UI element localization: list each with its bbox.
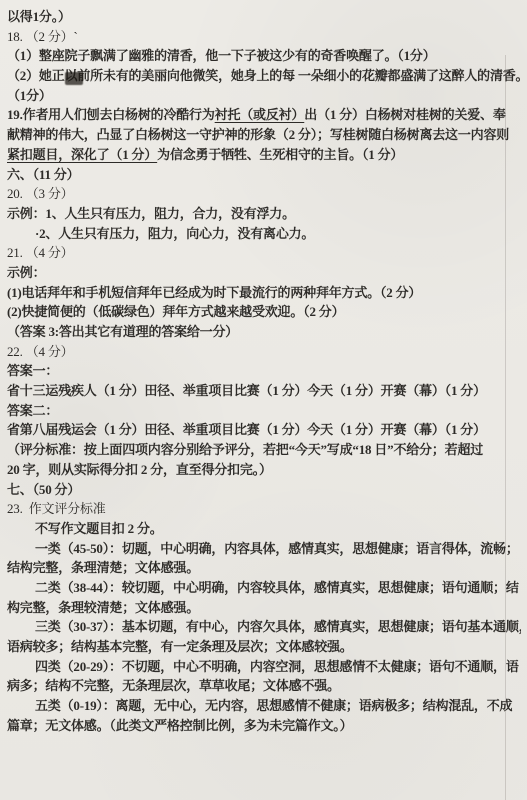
line-text: 献精神的伟大，凸显了白杨树这一守护神的形象（2 分）；写桂树随白杨树离去这一内容…	[7, 127, 509, 142]
line-text: 示例：1、人生只有压力，阻力，合力，没有浮力。	[7, 206, 295, 221]
underlined-phrase: 衬托（或反衬）	[215, 107, 305, 122]
line-q21-note: （答案 3:答出其它有道理的答案给一分）	[7, 322, 521, 342]
line-text: 六、（11 分）	[7, 167, 79, 182]
line-text: 五类（0-19）：离题，无中心，无内容，思想感情不健康；语病极多；结构混乱，不成	[35, 698, 512, 713]
line-text: 病多；结构不完整，无条理层次，草草收尾；文体感不强。	[7, 678, 340, 693]
line-text: 七、（50 分）	[7, 482, 80, 497]
line-text: 以得1分。）	[7, 9, 71, 24]
line-q20-example-2: ·2、人生只有压力，阻力，向心力，没有离心力。	[7, 224, 521, 244]
scanned-answer-sheet: 以得1分。） 18. （2 分）` （1）整座院子飘满了幽雅的清香，他一下子被这…	[0, 0, 527, 800]
line-text: 23. 作文评分标准	[7, 501, 106, 516]
line-essay-class3-a: 三类（30-37）：基本切题，有中心，内容欠具体，感情真实，思想健康；语句基本通…	[7, 617, 521, 637]
line-q18-answer-2: （2）她正以前所未有的美丽向他微笑，她身上的每 一朵细小的花瓣都盛满了这醉人的清…	[7, 66, 521, 86]
scan-edge-line	[505, 55, 506, 800]
line-essay-class4-b: 病多；结构不完整，无条理层次，草草收尾；文体感不强。	[7, 676, 521, 696]
line-q20-example-1: 示例：1、人生只有压力，阻力，合力，没有浮力。	[7, 204, 521, 224]
line-q23-note: 不写作文题目扣 2 分。	[7, 519, 521, 539]
line-essay-class5-b: 篇章；无文体感。（此类文严格控制比例，多为未完篇作文。）	[7, 716, 521, 736]
underlined-phrase: 紧扣题目，深化了（1 分）	[7, 147, 157, 162]
line-text: 19.作者用人们刨去白杨树的冷酷行为	[7, 107, 215, 122]
line-text: 一类（45-50）：切题，中心明确，内容具体，感情真实，思想健康；语言得体，流畅…	[35, 541, 519, 556]
line-essay-class1-b: 结构完整，条理清楚；文体感强。	[7, 558, 521, 578]
line-text: （2）她正以前所未有的美丽向他微笑，她身上的每 一朵细小的花瓣都盛满了这醉人的清…	[7, 68, 521, 83]
line-q18-header: 18. （2 分）`	[7, 27, 521, 47]
line-q22-answer1: 省十三运残疾人（1 分）田径、举重项目比赛（1 分）今天（1 分）开赛（幕）（1…	[7, 381, 521, 401]
line-text: 省十三运残疾人（1 分）田径、举重项目比赛（1 分）今天（1 分）开赛（幕）（1…	[7, 383, 486, 398]
line-q19-answer-2: 献精神的伟大，凸显了白杨树这一守护神的形象（2 分）；写桂树随白杨树离去这一内容…	[7, 125, 521, 145]
line-text: 结构完整，条理清楚；文体感强。	[7, 560, 199, 575]
line-text: (1)电话拜年和手机短信拜年已经成为时下最流行的两种拜年方式。（2 分）	[7, 285, 421, 300]
line-q22-criteria-2: 20 字，则从实际得分扣 2 分，直至得分扣完。）	[7, 460, 521, 480]
line-essay-class2-a: 二类（38-44）：较切题，中心明确，内容较具体，感情真实，思想健康；语句通顺；…	[7, 578, 521, 598]
line-text: (2)快捷简便的（低碳绿色）拜年方式越来越受欢迎。（2 分）	[7, 304, 344, 319]
line-text: 18. （2 分）`	[7, 29, 78, 44]
line-text: 22. （4 分）	[7, 344, 73, 359]
line-q22-answer1-label: 答案一：	[7, 361, 521, 381]
line-q20-header: 20. （3 分）	[7, 184, 521, 204]
line-text: 二类（38-44）：较切题，中心明确，内容较具体，感情真实，思想健康；语句通顺；…	[35, 580, 519, 595]
line-essay-class5-a: 五类（0-19）：离题，无中心，无内容，思想感情不健康；语病极多；结构混乱，不成	[7, 696, 521, 716]
section-6-header: 六、（11 分）	[7, 165, 521, 185]
line-essay-class2-b: 构完整，条理较清楚；文体感强。	[7, 598, 521, 618]
line-text: 篇章；无文体感。（此类文严格控制比例，多为未完篇作文。）	[7, 718, 352, 733]
line-text: 构完整，条理较清楚；文体感强。	[7, 600, 199, 615]
line-text: 答案二：	[7, 403, 58, 418]
line-q21-example-2: (2)快捷简便的（低碳绿色）拜年方式越来越受欢迎。（2 分）	[7, 302, 521, 322]
line-q23-header: 23. 作文评分标准	[7, 499, 521, 519]
section-7-header: 七、（50 分）	[7, 480, 521, 500]
line-q21-example-1: (1)电话拜年和手机短信拜年已经成为时下最流行的两种拜年方式。（2 分）	[7, 283, 521, 303]
line-q21-header: 21. （4 分）	[7, 243, 521, 263]
line-text: 答案一：	[7, 363, 58, 378]
line-text: 为信念勇于牺牲、生死相守的主旨。（1 分）	[157, 147, 403, 162]
line-text: 21. （4 分）	[7, 245, 73, 260]
line-q22-answer2: 省第八届残运会（1 分）田径、举重项目比赛（1 分）今天（1 分）开赛（幕）（1…	[7, 420, 521, 440]
line-text: （1分）	[7, 88, 52, 103]
ink-smudge-artifact	[65, 72, 83, 85]
line-text: 省第八届残运会（1 分）田径、举重项目比赛（1 分）今天（1 分）开赛（幕）（1…	[7, 422, 486, 437]
line-continuation-score-note: 以得1分。）	[7, 7, 521, 27]
line-q22-answer2-label: 答案二：	[7, 401, 521, 421]
line-essay-class1-a: 一类（45-50）：切题，中心明确，内容具体，感情真实，思想健康；语言得体，流畅…	[7, 539, 521, 559]
line-text: 不写作文题目扣 2 分。	[35, 521, 163, 536]
line-text: （1）整座院子飘满了幽雅的清香，他一下子被这少有的奇香唤醒了。（1分）	[7, 48, 436, 63]
line-q22-criteria-1: （评分标准：按上面四项内容分别给予评分，若把“今天”写成“18 日”不给分；若超…	[7, 440, 521, 460]
line-text: 语病较多；结构基本完整，有一定条理及层次；文体感较强。	[7, 639, 353, 654]
line-essay-class3-b: 语病较多；结构基本完整，有一定条理及层次；文体感较强。	[7, 637, 521, 657]
line-essay-class4-a: 四类（20-29）：不切题，中心不明确，内容空洞，思想感情不太健康；语句不通顺，…	[7, 657, 521, 677]
line-q22-header: 22. （4 分）	[7, 342, 521, 362]
line-text: 四类（20-29）：不切题，中心不明确，内容空洞，思想感情不太健康；语句不通顺，…	[35, 659, 519, 674]
line-q18-answer-2-score: （1分）	[7, 86, 521, 106]
line-q19-answer-1: 19.作者用人们刨去白杨树的冷酷行为衬托（或反衬）出（1 分）白杨树对桂树的关爱…	[7, 105, 521, 125]
line-q21-example-label: 示例：	[7, 263, 521, 283]
line-text: （评分标准：按上面四项内容分别给予评分，若把“今天”写成“18 日”不给分；若超…	[7, 442, 483, 457]
line-text: ·2、人生只有压力，阻力，向心力，没有离心力。	[35, 226, 314, 241]
line-q18-answer-1: （1）整座院子飘满了幽雅的清香，他一下子被这少有的奇香唤醒了。（1分）	[7, 46, 521, 66]
line-text: 20 字，则从实际得分扣 2 分，直至得分扣完。）	[7, 462, 272, 477]
line-text: 三类（30-37）：基本切题，有中心，内容欠具体，感情真实，思想健康；语句基本通…	[35, 619, 521, 634]
line-text: 20. （3 分）	[7, 186, 73, 201]
line-text: 示例：	[7, 265, 45, 280]
line-text: （答案 3:答出其它有道理的答案给一分）	[7, 324, 238, 339]
line-q19-answer-3: 紧扣题目，深化了（1 分）为信念勇于牺牲、生死相守的主旨。（1 分）	[7, 145, 521, 165]
line-text: 出（1 分）白杨树对桂树的关爱、奉	[304, 107, 505, 122]
